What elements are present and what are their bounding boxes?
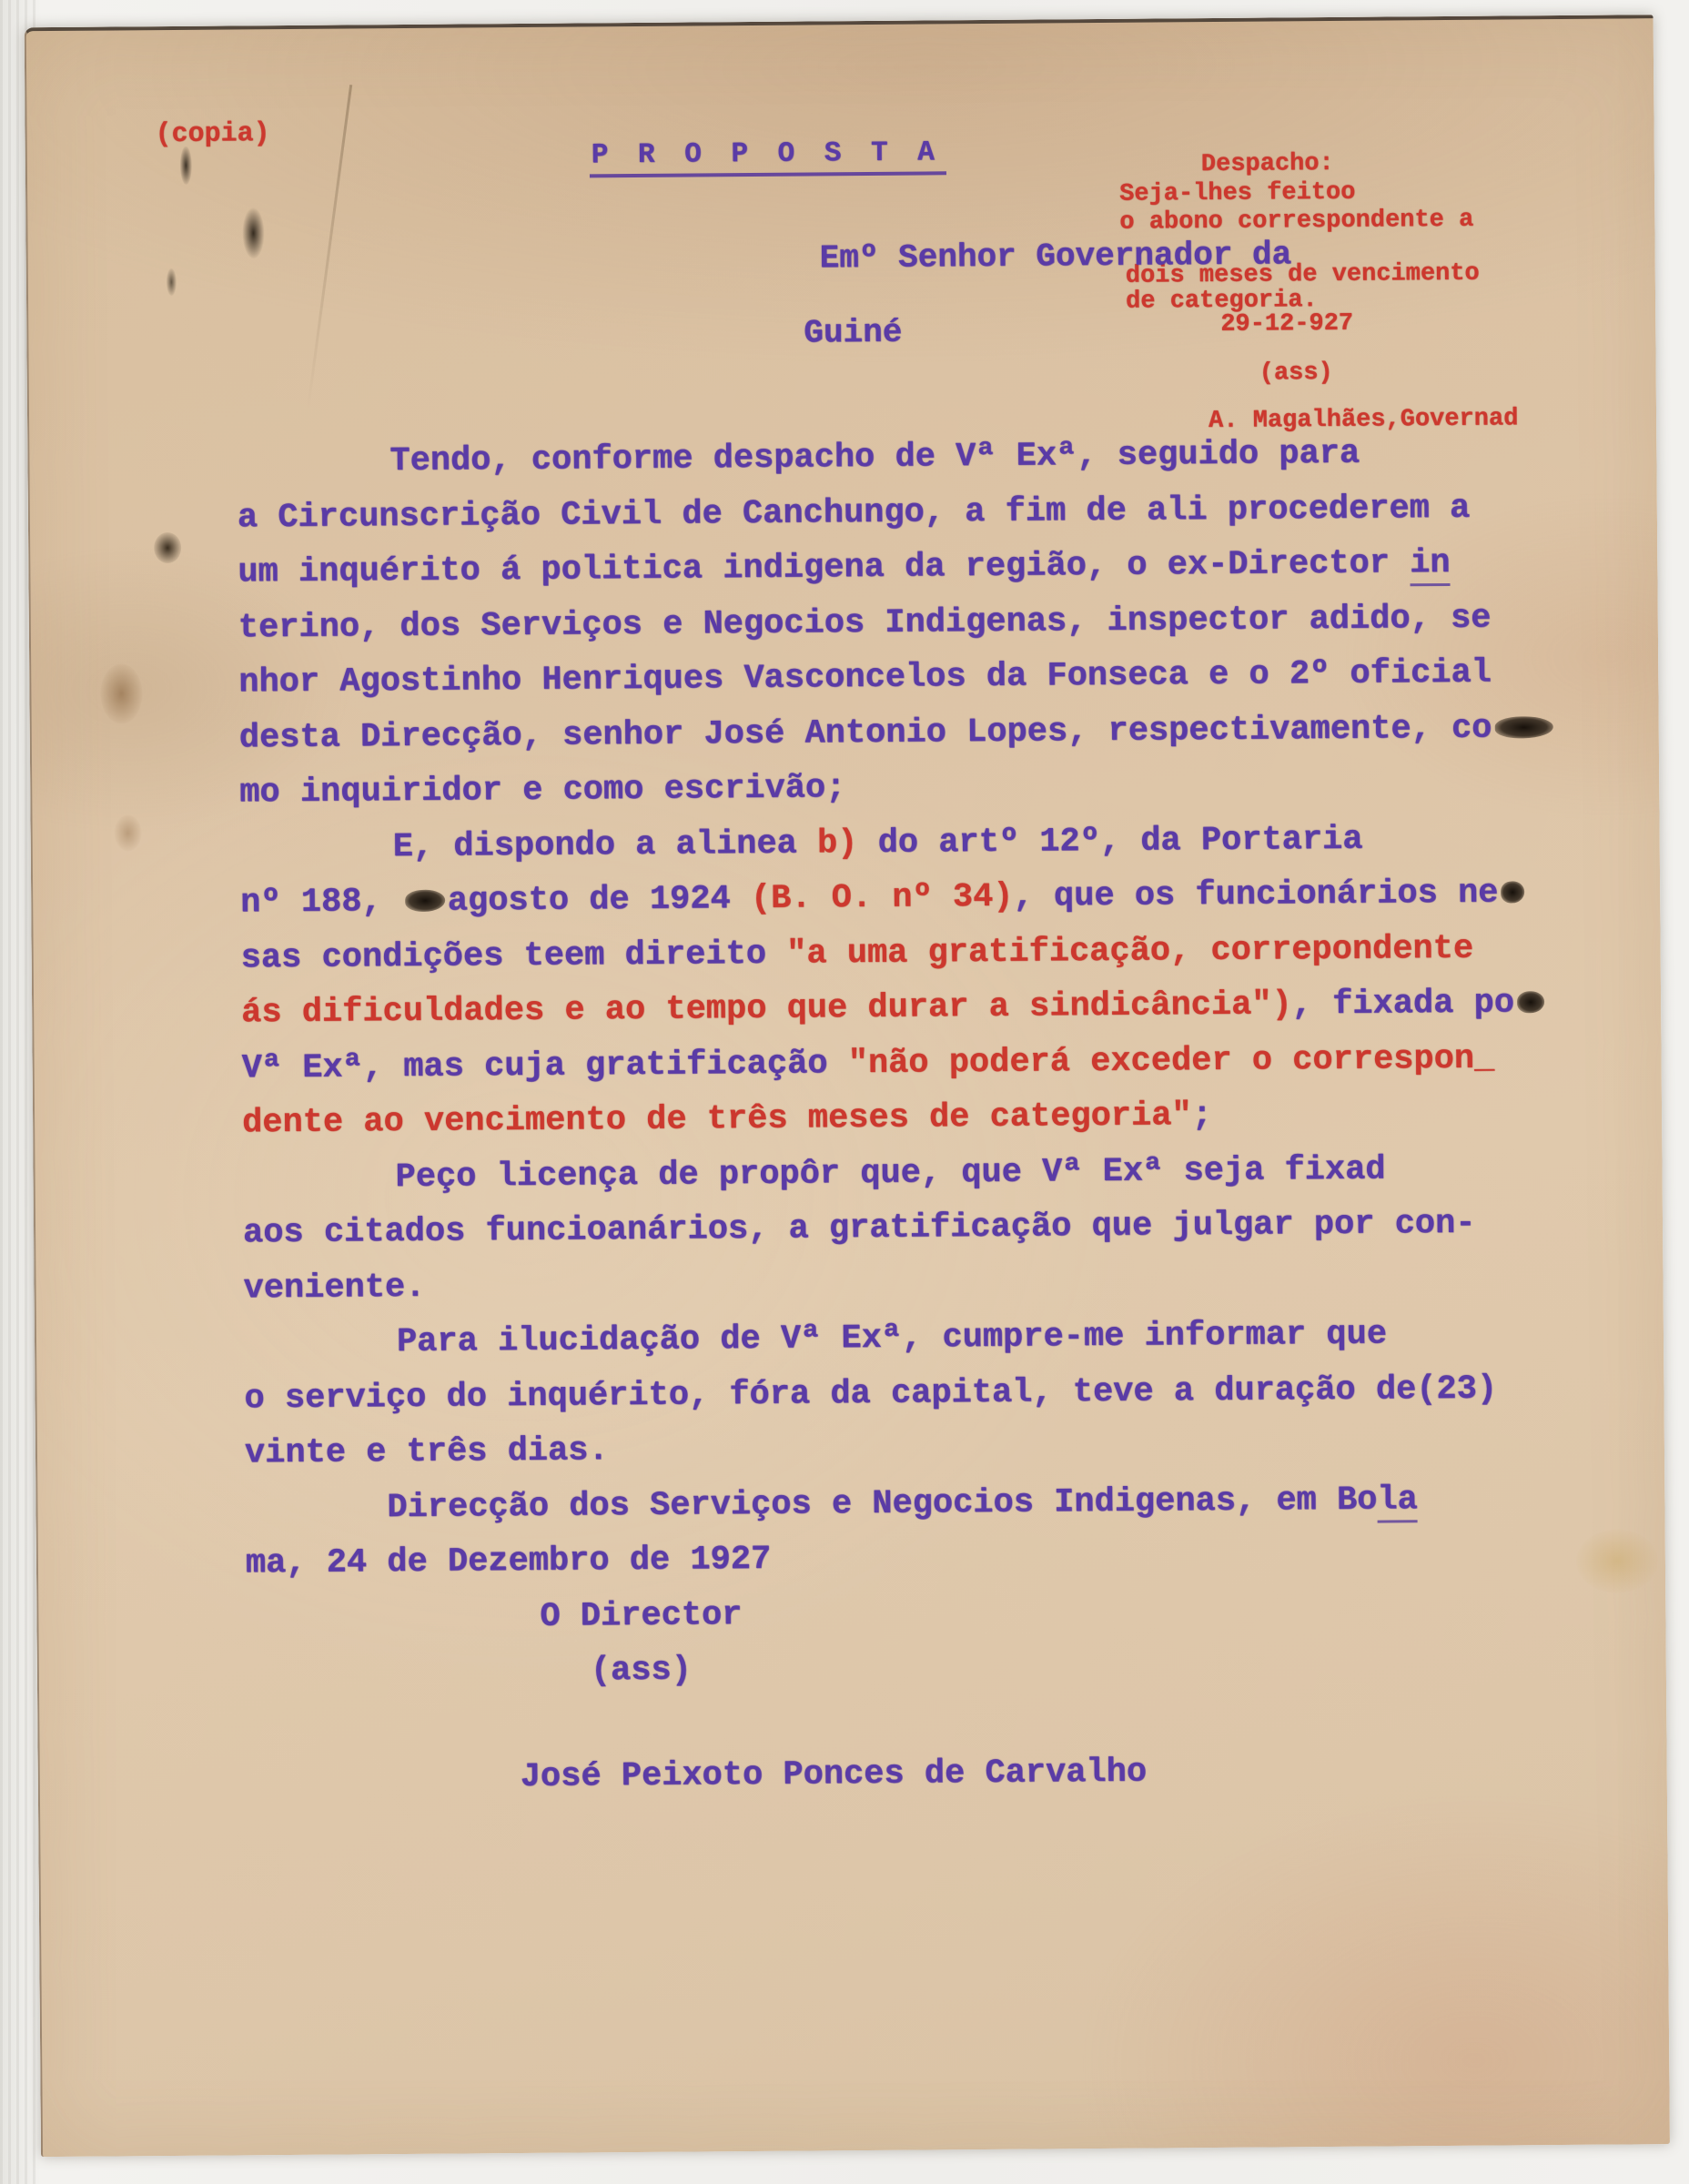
typed-text: Vª Exª, mas cuja gratificação xyxy=(241,1045,847,1087)
typed-text: ; xyxy=(1192,1097,1213,1135)
typed-text: la xyxy=(1377,1481,1418,1522)
typed-text: do artº 12º, da Portaria xyxy=(857,820,1362,862)
typed-line: nº 188, agosto de 1924 (B. O. nº 34), qu… xyxy=(240,865,1605,931)
typed-text: "não poderá exceder o correspon_ xyxy=(848,1039,1495,1083)
typed-text: a Circunscrição Civil de Canchungo, a fi… xyxy=(238,489,1471,537)
typed-line: nhor Agostinho Henriques Vasconcelos da … xyxy=(238,645,1603,711)
typed-text: O Director xyxy=(540,1596,742,1636)
typed-text: respectivamente, co xyxy=(1087,709,1492,750)
ink-blot xyxy=(1494,716,1552,739)
typed-text: vinte e três dias. xyxy=(245,1431,609,1472)
scanned-letter-page: (copia) P R O P O S T A Despacho: Seja-l… xyxy=(25,15,1670,2157)
typed-text: nº 188, xyxy=(240,883,402,922)
typed-text: ma, 24 de Dezembro de 1927 xyxy=(246,1541,772,1583)
typed-text: b) xyxy=(817,824,858,863)
typed-text: Para ilucidação de Vª Exª, cumpre-me inf… xyxy=(397,1316,1387,1362)
typed-text: desta Direcção, senhor xyxy=(239,715,704,757)
ink-blot xyxy=(1517,991,1544,1013)
typed-text: o serviço do inquérito, fóra da capital,… xyxy=(244,1370,1497,1418)
ink-smudge xyxy=(167,268,177,296)
typed-text: mo inquiridor e como escrivão; xyxy=(239,769,845,812)
typed-text: aos citados funcioanários, a gratificaçã… xyxy=(243,1205,1476,1253)
ink-smudge xyxy=(180,147,192,185)
document-body: Tendo, conforme despacho de Vª Exª, segu… xyxy=(237,425,1613,1807)
copy-label: (copia) xyxy=(155,118,269,150)
typed-text: nhor Agostinho Henriques Vasconcelos da … xyxy=(238,654,1492,703)
underlined-name: José Antonio Lopes, xyxy=(703,713,1087,753)
ink-blot xyxy=(405,890,445,912)
typed-text: in xyxy=(1410,544,1451,586)
typed-line: um inquérito á politica indigena da regi… xyxy=(238,535,1603,601)
typed-text: ás dificuldades e ao tempo que durar a s… xyxy=(241,986,1292,1032)
typed-line: Direcção dos Serviços e Negocios Indigen… xyxy=(245,1471,1610,1536)
typed-text: "a uma gratificação, correpondente xyxy=(786,929,1473,973)
typed-line: José Peixoto Ponces de Carvalho xyxy=(248,1741,1613,1806)
typed-text: E, dispondo a alinea xyxy=(393,824,818,866)
typed-text: veniente. xyxy=(243,1268,425,1308)
paper-crease xyxy=(307,85,352,409)
typed-text: Direcção dos Serviços e Negocios Indigen… xyxy=(387,1481,1377,1527)
typed-text: Tendo, conforme despacho de Vª Exª, segu… xyxy=(389,435,1360,480)
typed-text: , que os funcionários ne xyxy=(1013,875,1498,916)
typed-line: o serviço do inquérito, fóra da capital,… xyxy=(244,1360,1609,1426)
annotation-line: Despacho: xyxy=(1201,150,1334,178)
typed-text: (B. O. nº 34) xyxy=(751,878,1014,918)
typed-text: terino, dos Serviços e Negocios Indigena… xyxy=(238,599,1492,647)
typed-text: José Peixoto Ponces de Carvalho xyxy=(521,1753,1148,1795)
typed-text: dente ao vencimento de três meses de cat… xyxy=(242,1097,1192,1142)
typed-text: Peço licença de propôr que, que Vª Exª s… xyxy=(395,1150,1385,1197)
addressee-line: Guiné xyxy=(804,314,902,352)
page-title: P R O P O S T A xyxy=(590,136,946,177)
typed-line: ás dificuldades e ao tempo que durar a s… xyxy=(241,976,1606,1041)
typed-text: agosto de 1924 xyxy=(448,880,751,921)
typed-text: , fixada po xyxy=(1292,984,1515,1024)
addressee-line: Emº Senhor Governador da xyxy=(820,236,1292,277)
ink-smudge xyxy=(154,532,181,563)
typed-line: desta Direcção, senhor José Antonio Lope… xyxy=(239,700,1604,765)
paper-stain xyxy=(100,663,143,723)
ink-smudge xyxy=(242,207,264,258)
annotation-signature-mark: (ass) xyxy=(1259,359,1333,388)
typed-text: (ass) xyxy=(591,1652,692,1691)
annotation-line: Seja-lhes feitoo xyxy=(1119,179,1355,208)
typed-text: um inquérito á politica indigena da regi… xyxy=(238,544,1410,591)
typed-line: Vª Exª, mas cuja gratificação "não poder… xyxy=(241,1030,1606,1096)
typed-line: aos citados funcioanários, a gratificaçã… xyxy=(243,1196,1608,1261)
annotation-date: 29-12-927 xyxy=(1220,310,1353,339)
typed-line: (ass) xyxy=(247,1636,1612,1702)
ink-blot xyxy=(1501,881,1524,903)
paper-stain xyxy=(114,814,141,851)
annotation-line: o abono correspondente a xyxy=(1119,207,1473,237)
scanner-bed: { "page": { "copy_label": "(copia)", "ti… xyxy=(0,0,1689,2184)
typed-text: sas condições teem direito xyxy=(241,935,787,977)
